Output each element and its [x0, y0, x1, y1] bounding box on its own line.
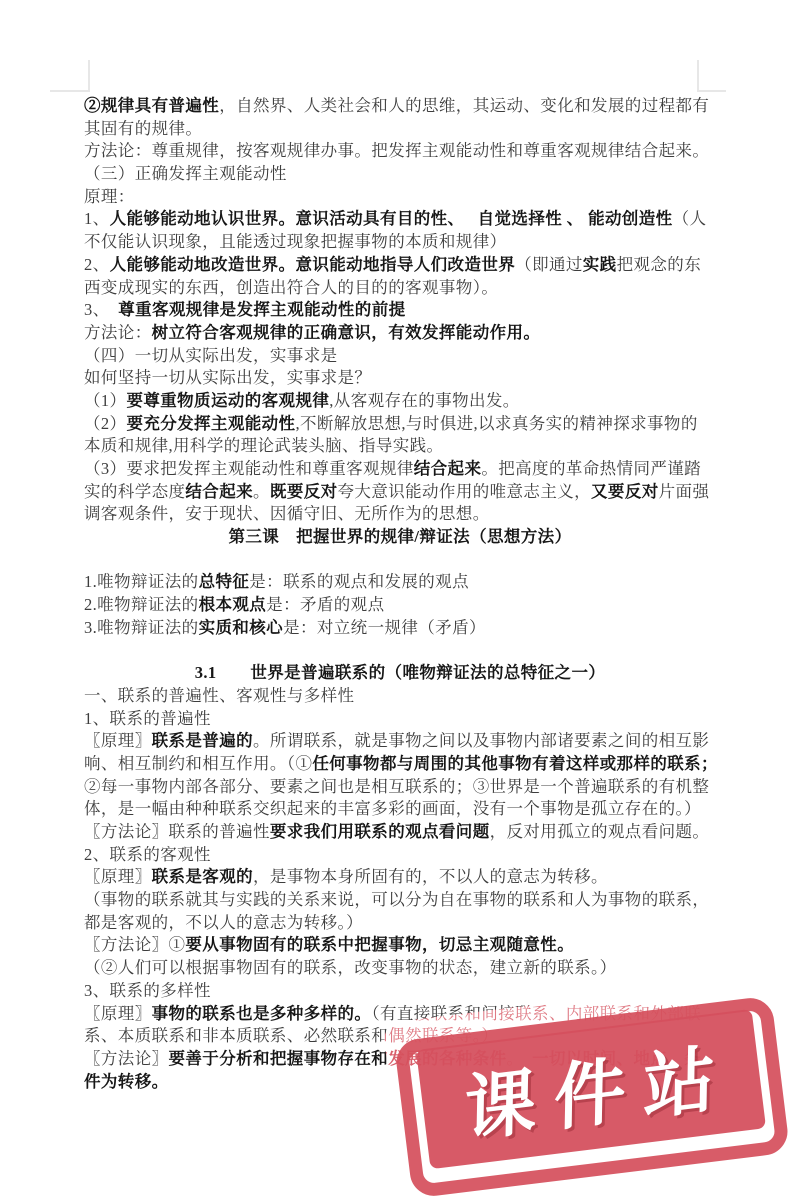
- text-segment-bold: 既要反对: [270, 482, 338, 501]
- text-segment: 其固有的规律。: [84, 119, 202, 138]
- text-segment-bold: ②规律具有普遍性: [84, 96, 219, 115]
- text-segment: 。: [253, 482, 270, 501]
- text-segment: 原理：: [84, 187, 135, 206]
- text-segment: 方法论：: [84, 323, 152, 342]
- text-segment-bold: 3.1 世界是普遍联系的（唯物辩证法的总特征之一）: [195, 663, 606, 682]
- text-line: 3、联系的多样性: [84, 980, 716, 1003]
- text-line: （四）一切从实际出发，实事求是: [84, 345, 716, 368]
- text-segment: 2、联系的客观性: [84, 845, 211, 864]
- text-segment: 1.唯物辩证法的: [84, 572, 199, 591]
- text-line: （事物的联系就其与实践的关系来说，可以分为自在事物的联系和人为事物的联系，: [84, 889, 716, 912]
- text-line: 3.唯物辩证法的实质和核心是：对立统一规律（矛盾）: [84, 617, 716, 640]
- text-line: 方法论：树立符合客观规律的正确意识，有效发挥能动作用。: [84, 322, 716, 345]
- text-segment: 本质和规律,用科学的理论武装头脑、指导实践。: [84, 436, 443, 455]
- text-segment: 把观念的东: [617, 255, 702, 274]
- text-segment: 。: [507, 1049, 533, 1068]
- text-line: [84, 549, 716, 572]
- text-segment: 是：矛盾的观点: [266, 595, 384, 614]
- text-line: 系、本质联系和非本质联系、必然联系和偶然联系等。）: [84, 1025, 716, 1048]
- text-segment: （人: [673, 209, 707, 228]
- text-segment-bold: 要尊重物质运动的客观规律: [126, 391, 329, 410]
- text-line: 2、联系的客观性: [84, 844, 716, 867]
- text-segment-bold: 联系是客观的: [152, 867, 253, 886]
- text-line: 方法论：尊重规律，按客观规律办事。把发挥主观能动性和尊重客观规律结合起来。: [84, 140, 716, 163]
- text-segment-bold: 一切以时间、地点、条: [532, 1049, 701, 1068]
- document-page: ②规律具有普遍性，自然界、人类社会和人的思维，其运动、变化和发展的过程都有其固有…: [0, 0, 800, 1200]
- text-segment-bold: 事物的联系也是多种多样的。: [152, 1004, 372, 1023]
- text-segment: 3.唯物辩证法的: [84, 618, 199, 637]
- text-line: （3）要求把发挥主观能动性和尊重客观规律结合起来。把高度的革命热情同严谨踏: [84, 458, 716, 481]
- text-segment: 系、本质联系和非本质联系、必然联系和偶然联系等。）: [84, 1026, 498, 1045]
- text-segment: 3、: [84, 300, 118, 319]
- document-body: ②规律具有普遍性，自然界、人类社会和人的思维，其运动、变化和发展的过程都有其固有…: [84, 95, 716, 1093]
- text-segment: （有直接联系和间接联系、内部联系和外部联: [371, 1004, 701, 1023]
- text-segment: 不仅能认识现象，且能透过现象把握事物的本质和规律）: [84, 232, 507, 251]
- text-segment-bold: 第三课 把握世界的规律/辩证法（思想方法）: [229, 527, 572, 546]
- text-segment-bold: 结合起来: [414, 459, 482, 478]
- text-segment: （即通过: [515, 255, 583, 274]
- text-line: 〖方法论〗要善于分析和把握事物存在和发展的各种条件。 一切以时间、地点、条: [84, 1048, 716, 1071]
- text-line: （2）要充分发挥主观能动性,不断解放思想,与时俱进,以求真务实的精神探求事物的: [84, 413, 716, 436]
- text-line: 响、相互制约和相互作用。（①任何事物都与周围的其他事物有着这样或那样的联系；: [84, 753, 716, 776]
- text-line: 1.唯物辩证法的总特征是：联系的观点和发展的观点: [84, 571, 716, 594]
- text-segment-bold: 实质和核心: [199, 618, 284, 637]
- text-line: 实的科学态度结合起来。既要反对夸大意识能动作用的唯意志主义，又要反对片面强: [84, 481, 716, 504]
- text-segment: 体，是一幅由种种联系交织起来的丰富多彩的画面，没有一个事物是孤立存在的。）: [84, 799, 701, 818]
- text-line: 2.唯物辩证法的根本观点是：矛盾的观点: [84, 594, 716, 617]
- text-line: （1）要尊重物质运动的客观规律,从客观存在的事物出发。: [84, 390, 716, 413]
- text-segment: ，反对用孤立的观点看问题。: [490, 822, 710, 841]
- text-segment-bold: 要充分发挥主观能动性: [126, 414, 295, 433]
- text-segment: 夸大意识能动作用的唯意志主义，: [338, 482, 592, 501]
- text-line: 〖方法论〗联系的普遍性要求我们用联系的观点看问题，反对用孤立的观点看问题。: [84, 821, 716, 844]
- text-segment: 片面强: [659, 482, 710, 501]
- text-line: 本质和规律,用科学的理论武装头脑、指导实践。: [84, 435, 716, 458]
- text-segment: 。把高度的革命热情同严谨踏: [481, 459, 701, 478]
- text-line: 件为转移。: [84, 1071, 716, 1094]
- text-segment-bold: 件为转移。: [84, 1072, 169, 1091]
- text-segment: 〖方法论〗联系的普遍性: [84, 822, 270, 841]
- text-line: 2、人能够能动地改造世界。意识能动地指导人们改造世界（即通过实践把观念的东: [84, 254, 716, 277]
- text-segment: 是：对立统一规律（矛盾）: [283, 618, 486, 637]
- text-line: 3、 尊重客观规律是发挥主观能动性的前提: [84, 299, 716, 322]
- text-segment: 如何坚持一切从实际出发，实事求是？: [84, 368, 371, 387]
- text-segment-bold: 根本观点: [199, 595, 267, 614]
- text-segment: ，是事物本身所固有的，不以人的意志为转移。: [253, 867, 608, 886]
- text-segment-bold: 又要反对: [591, 482, 659, 501]
- text-segment: ,从客观存在的事物出发。: [329, 391, 519, 410]
- text-segment-bold: 要善于分析和把握事物存在和发展的各种条件: [169, 1049, 507, 1068]
- text-segment-bold: 树立符合客观规律的正确意识，有效发挥能动作用。: [152, 323, 541, 342]
- text-segment: 一、联系的普遍性、客观性与多样性: [84, 686, 354, 705]
- text-segment: 实的科学态度: [84, 482, 185, 501]
- text-segment-bold: 人能够能动地改造世界。意识能动地指导人们改造世界: [110, 255, 516, 274]
- text-segment: 1、: [84, 209, 110, 228]
- text-segment: 西变成现实的东西，创造出符合人的目的的客观事物）。: [84, 278, 498, 297]
- text-segment: 都是客观的，不以人的意志为转移。）: [84, 913, 363, 932]
- text-segment: ,不断解放思想,与时俱进,以求真务实的精神探求事物的: [295, 414, 697, 433]
- text-line: 第三课 把握世界的规律/辩证法（思想方法）: [84, 526, 716, 549]
- text-segment-bold: 实践: [583, 255, 617, 274]
- text-segment: 3、联系的多样性: [84, 981, 211, 1000]
- text-segment: 调客观条件，安于现状、因循守旧、无所作为的思想。: [84, 504, 490, 523]
- text-line: 调客观条件，安于现状、因循守旧、无所作为的思想。: [84, 503, 716, 526]
- text-line: 西变成现实的东西，创造出符合人的目的的客观事物）。: [84, 277, 716, 300]
- text-segment: 〖方法论〗①: [84, 935, 185, 954]
- text-line: 如何坚持一切从实际出发，实事求是？: [84, 367, 716, 390]
- text-line: [84, 640, 716, 663]
- text-segment: 〖方法论〗: [84, 1049, 169, 1068]
- text-line: 〖原理〗联系是客观的，是事物本身所固有的，不以人的意志为转移。: [84, 866, 716, 889]
- text-segment-bold: 要从事物固有的联系中把握事物，切忌主观随意性。: [185, 935, 574, 954]
- text-segment: 方法论：尊重规律，按客观规律办事。把发挥主观能动性和尊重客观规律结合起来。: [84, 141, 709, 160]
- text-segment: 2、: [84, 255, 110, 274]
- text-segment: ，自然界、人类社会和人的思维，其运动、变化和发展的过程都有: [219, 96, 709, 115]
- text-segment-bold: 任何事物都与周围的其他事物有着这样或那样的联系；: [312, 754, 718, 773]
- text-line: 不仅能认识现象，且能透过现象把握事物的本质和规律）: [84, 231, 716, 254]
- text-segment: 响、相互制约和相互作用。（①: [84, 754, 312, 773]
- text-segment: （1）: [84, 391, 126, 410]
- text-line: 原理：: [84, 186, 716, 209]
- text-line: 1、人能够能动地认识世界。意识活动具有目的性、 自觉选择性 、 能动创造性（人: [84, 208, 716, 231]
- text-line: ②每一事物内部各部分、要素之间也是相互联系的；③世界是一个普遍联系的有机整: [84, 776, 716, 799]
- text-line: （三）正确发挥主观能动性: [84, 163, 716, 186]
- text-segment: （②人们可以根据事物固有的联系，改变事物的状态，建立新的联系。）: [84, 958, 617, 977]
- text-line: 〖原理〗联系是普遍的。所谓联系，就是事物之间以及事物内部诸要素之间的相互影: [84, 730, 716, 753]
- text-segment: （3）要求把发挥主观能动性和尊重客观规律: [84, 459, 414, 478]
- text-segment: 〖原理〗: [84, 1004, 152, 1023]
- text-line: 3.1 世界是普遍联系的（唯物辩证法的总特征之一）: [84, 662, 716, 685]
- text-line: 〖原理〗事物的联系也是多种多样的。（有直接联系和间接联系、内部联系和外部联: [84, 1003, 716, 1026]
- text-line: 其固有的规律。: [84, 118, 716, 141]
- text-line: 一、联系的普遍性、客观性与多样性: [84, 685, 716, 708]
- text-segment: 是：联系的观点和发展的观点: [249, 572, 469, 591]
- text-line: ②规律具有普遍性，自然界、人类社会和人的思维，其运动、变化和发展的过程都有: [84, 95, 716, 118]
- text-segment: 。所谓联系，就是事物之间以及事物内部诸要素之间的相互影: [253, 731, 709, 750]
- text-segment: 〖原理〗: [84, 731, 152, 750]
- text-line: 1、联系的普遍性: [84, 708, 716, 731]
- text-segment: ②每一事物内部各部分、要素之间也是相互联系的；③世界是一个普遍联系的有机整: [84, 777, 709, 796]
- text-segment: （四）一切从实际出发，实事求是: [84, 346, 338, 365]
- text-segment: 1、联系的普遍性: [84, 709, 211, 728]
- text-segment-bold: 结合起来: [185, 482, 253, 501]
- text-segment: 2.唯物辩证法的: [84, 595, 199, 614]
- text-segment: （三）正确发挥主观能动性: [84, 164, 287, 183]
- text-segment-bold: 联系是普遍的: [152, 731, 253, 750]
- text-line: 体，是一幅由种种联系交织起来的丰富多彩的画面，没有一个事物是孤立存在的。）: [84, 798, 716, 821]
- text-segment: （2）: [84, 414, 126, 433]
- text-line: 都是客观的，不以人的意志为转移。）: [84, 912, 716, 935]
- text-line: 〖方法论〗①要从事物固有的联系中把握事物，切忌主观随意性。: [84, 934, 716, 957]
- text-segment-bold: 要求我们用联系的观点看问题: [270, 822, 490, 841]
- margin-corner-mark-right: [697, 60, 726, 92]
- text-segment-bold: 人能够能动地认识世界。意识活动具有目的性、 自觉选择性 、 能动创造性: [110, 209, 673, 228]
- text-segment-bold: 尊重客观规律是发挥主观能动性的前提: [118, 300, 405, 319]
- text-segment: 〖原理〗: [84, 867, 152, 886]
- text-line: （②人们可以根据事物固有的联系，改变事物的状态，建立新的联系。）: [84, 957, 716, 980]
- text-segment: （事物的联系就其与实践的关系来说，可以分为自在事物的联系和人为事物的联系，: [84, 890, 709, 909]
- text-segment-bold: 总特征: [199, 572, 250, 591]
- margin-corner-mark-left: [50, 60, 90, 92]
